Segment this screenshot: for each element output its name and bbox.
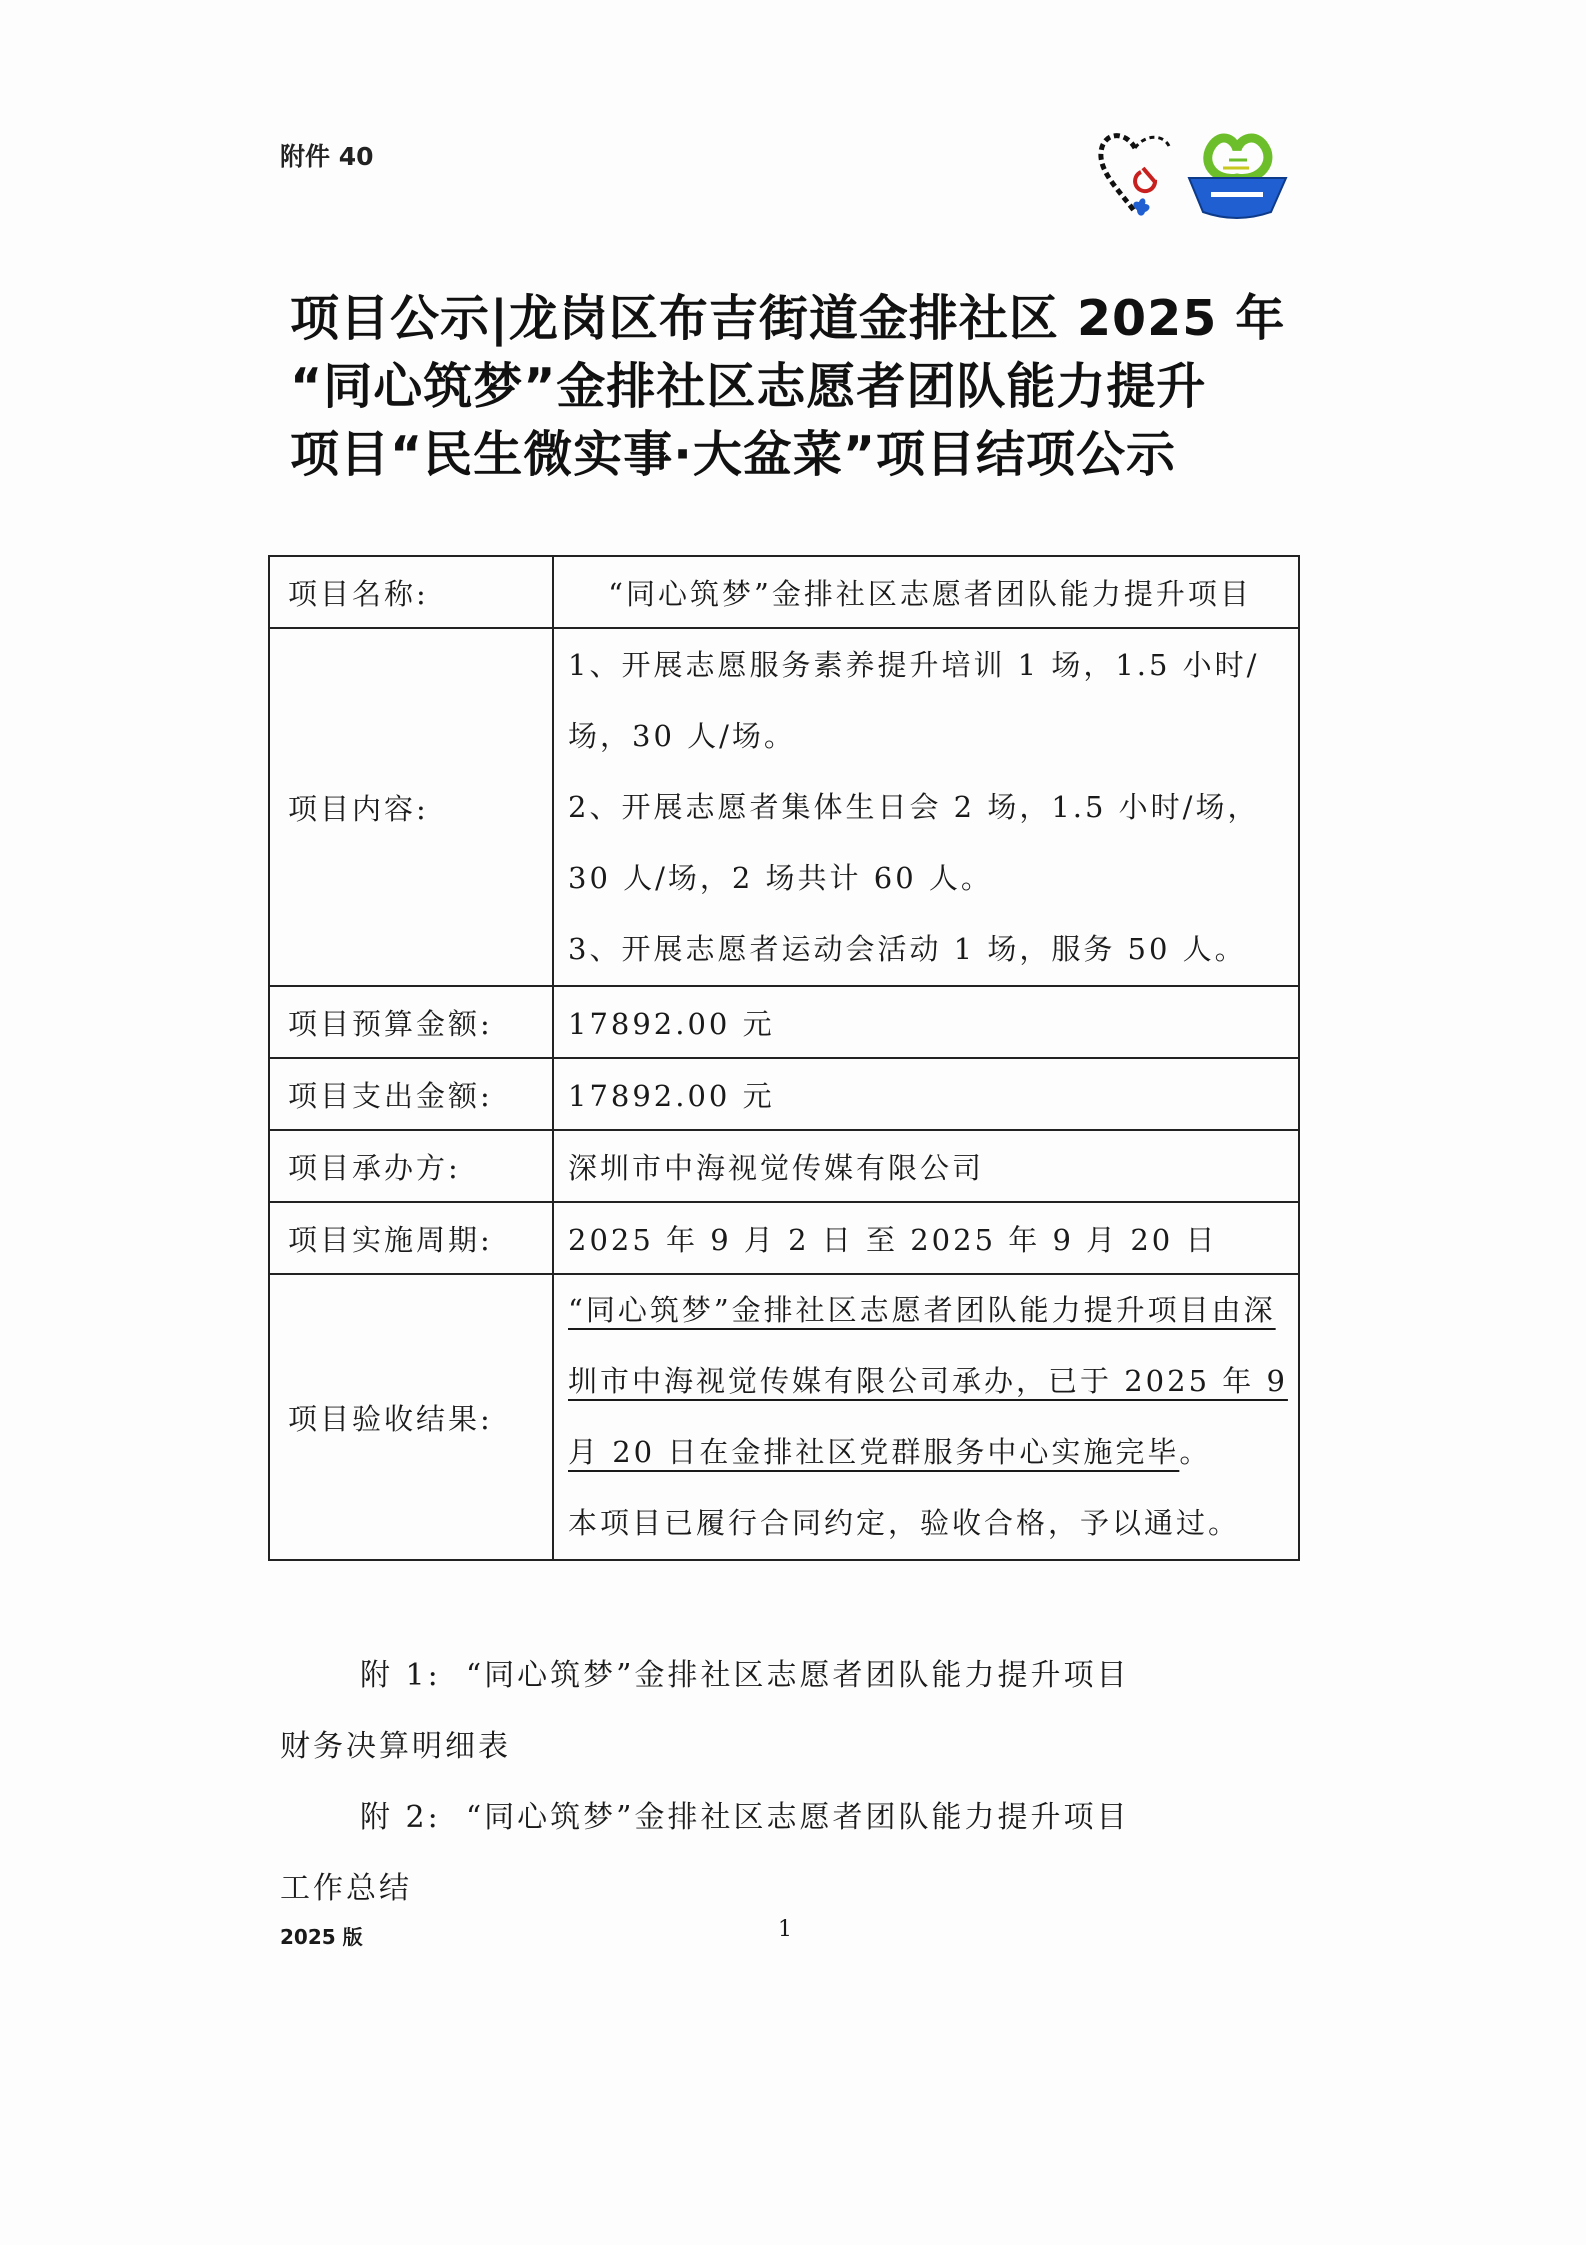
- project-name-value: “同心筑梦”金排社区志愿者团队能力提升项目: [553, 556, 1299, 628]
- expense-label: 项目支出金额:: [269, 1058, 553, 1130]
- jinpai-community-bowl-logo-icon: [1185, 132, 1290, 222]
- content-item-2: 2、开展志愿者集体生日会 2 场，1.5 小时/场，30 人/场，2 场共计 6…: [568, 772, 1292, 914]
- table-row-expense: 项目支出金额: 17892.00 元: [269, 1058, 1299, 1130]
- attachment-1: 附 1: “同心筑梦”金排社区志愿者团队能力提升项目: [280, 1640, 1290, 1711]
- project-info-table: 项目名称: “同心筑梦”金排社区志愿者团队能力提升项目 项目内容: 1、开展志愿…: [268, 555, 1300, 1561]
- title-line-3: 项目“民生微实事·大盆菜”项目结项公示: [290, 421, 1310, 489]
- table-row-project-content: 项目内容: 1、开展志愿服务素养提升培训 1 场，1.5 小时/场，30 人/场…: [269, 628, 1299, 986]
- party-volunteer-heart-logo-icon: [1095, 128, 1175, 220]
- acceptance-result-value: “同心筑梦”金排社区志愿者团队能力提升项目由深圳市中海视觉传媒有限公司承办，已于…: [553, 1274, 1299, 1560]
- budget-value: 17892.00 元: [553, 986, 1299, 1058]
- attachments-list: 附 1: “同心筑梦”金排社区志愿者团队能力提升项目 财务决算明细表 附 2: …: [280, 1640, 1290, 1924]
- content-item-1: 1、开展志愿服务素养提升培训 1 场，1.5 小时/场，30 人/场。: [568, 630, 1292, 772]
- project-content-value: 1、开展志愿服务素养提升培训 1 场，1.5 小时/场，30 人/场。 2、开展…: [553, 628, 1299, 986]
- footer-version: 2025 版: [280, 1921, 363, 1950]
- attachment-2: 附 2: “同心筑梦”金排社区志愿者团队能力提升项目: [280, 1782, 1290, 1853]
- period-label: 项目实施周期:: [269, 1202, 553, 1274]
- acceptance-result-label: 项目验收结果:: [269, 1274, 553, 1560]
- acceptance-result-period: 。: [1179, 1435, 1211, 1469]
- attachment-2-text: “同心筑梦”金排社区志愿者团队能力提升项目: [466, 1800, 1130, 1835]
- table-row-period: 项目实施周期: 2025 年 9 月 2 日 至 2025 年 9 月 20 日: [269, 1202, 1299, 1274]
- page-title: 项目公示|龙岗区布吉街道金排社区 2025 年 “同心筑梦”金排社区志愿者团队能…: [290, 285, 1310, 489]
- expense-value: 17892.00 元: [553, 1058, 1299, 1130]
- attachment-1-text: “同心筑梦”金排社区志愿者团队能力提升项目: [466, 1658, 1130, 1693]
- project-name-label: 项目名称:: [269, 556, 553, 628]
- attachment-number: 附件 40: [280, 137, 374, 173]
- page-number: 1: [778, 1917, 792, 1942]
- acceptance-conclusion: 本项目已履行合同约定，验收合格，予以通过。: [568, 1488, 1292, 1559]
- table-row-budget: 项目预算金额: 17892.00 元: [269, 986, 1299, 1058]
- project-content-label: 项目内容:: [269, 628, 553, 986]
- header-logos: [1095, 128, 1295, 228]
- attachment-1-prefix: 附 1:: [360, 1658, 441, 1693]
- budget-label: 项目预算金额:: [269, 986, 553, 1058]
- title-line-1: 项目公示|龙岗区布吉街道金排社区 2025 年: [290, 285, 1310, 353]
- table-row-project-name: 项目名称: “同心筑梦”金排社区志愿者团队能力提升项目: [269, 556, 1299, 628]
- table-row-acceptance-result: 项目验收结果: “同心筑梦”金排社区志愿者团队能力提升项目由深圳市中海视觉传媒有…: [269, 1274, 1299, 1560]
- attachment-2-prefix: 附 2:: [360, 1800, 441, 1835]
- content-item-3: 3、开展志愿者运动会活动 1 场，服务 50 人。: [568, 914, 1292, 985]
- attachment-2-continued: 工作总结: [280, 1853, 1290, 1924]
- attachment-1-continued: 财务决算明细表: [280, 1711, 1290, 1782]
- title-line-2: “同心筑梦”金排社区志愿者团队能力提升: [290, 353, 1310, 421]
- period-value: 2025 年 9 月 2 日 至 2025 年 9 月 20 日: [553, 1202, 1299, 1274]
- undertaker-label: 项目承办方:: [269, 1130, 553, 1202]
- table-row-undertaker: 项目承办方: 深圳市中海视觉传媒有限公司: [269, 1130, 1299, 1202]
- undertaker-value: 深圳市中海视觉传媒有限公司: [553, 1130, 1299, 1202]
